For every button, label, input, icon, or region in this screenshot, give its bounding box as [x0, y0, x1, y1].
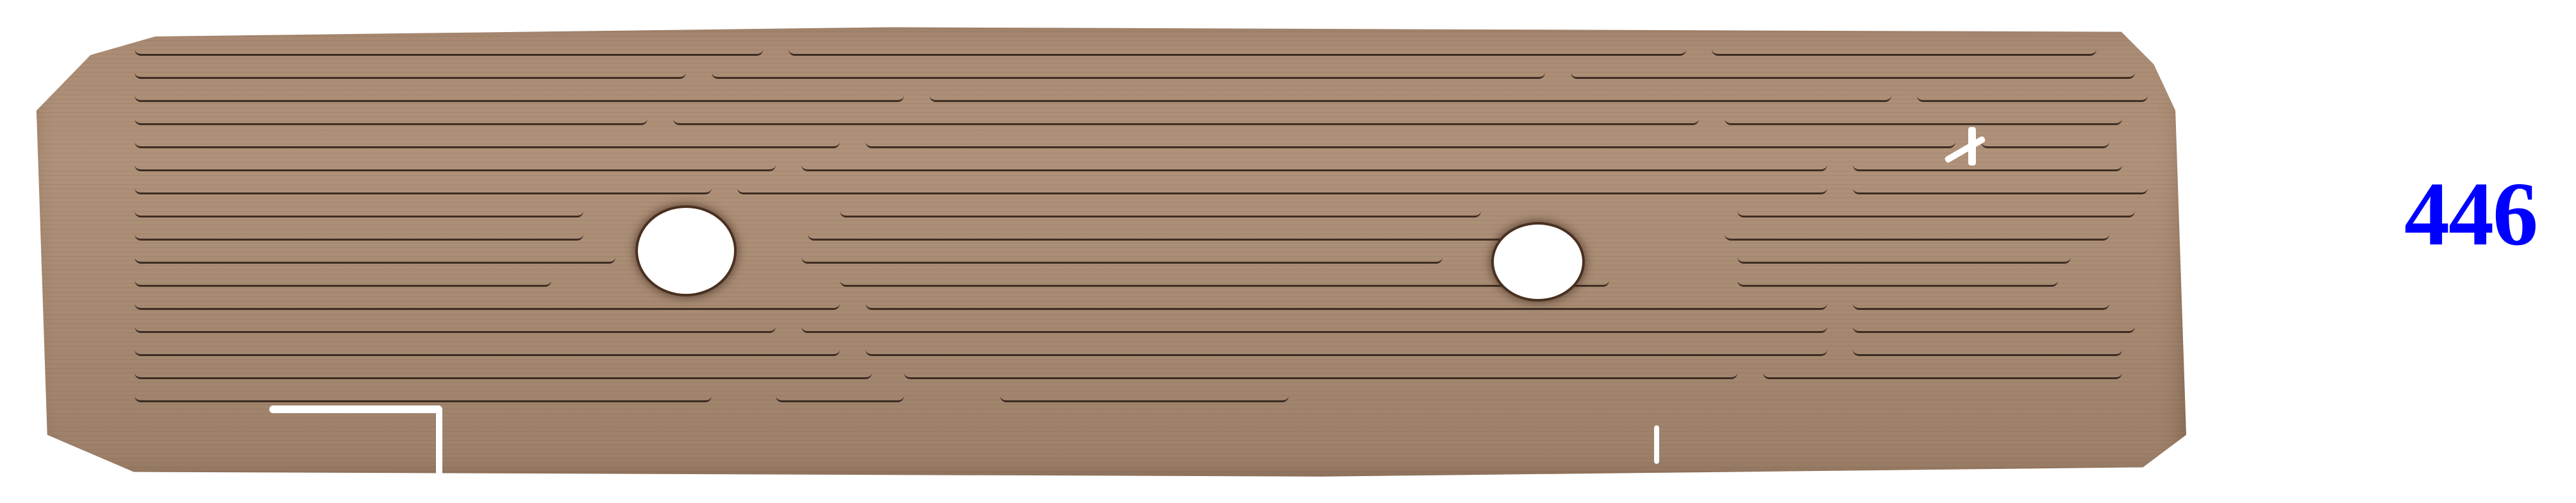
- palm-leaf: [26, 18, 2186, 481]
- script-line: [135, 83, 2109, 105]
- script-line: [135, 361, 2109, 382]
- script-line: [135, 176, 2109, 197]
- script-line: [135, 37, 2109, 58]
- leaf-crack-bottom-middle: [1654, 425, 1659, 464]
- script-line: [135, 199, 2109, 220]
- script-line: [135, 222, 2109, 243]
- script-line: [135, 314, 2109, 336]
- binding-hole-left: [638, 208, 734, 294]
- script-line: [135, 107, 2109, 128]
- script-line: [135, 245, 2109, 266]
- leaf-crack-bottom-left: [269, 405, 442, 413]
- manuscript-text-block: [135, 37, 2109, 407]
- script-line: [135, 153, 2109, 174]
- script-line: [135, 337, 2109, 359]
- script-line: [135, 268, 2109, 289]
- leaf-crack-bottom-left-vertical: [436, 409, 442, 486]
- script-line: [135, 384, 2109, 405]
- script-line: [135, 60, 2109, 81]
- folio-number: 446: [2404, 168, 2537, 259]
- script-line: [135, 130, 2109, 151]
- binding-hole-right: [1494, 225, 1582, 299]
- script-line: [135, 291, 2109, 312]
